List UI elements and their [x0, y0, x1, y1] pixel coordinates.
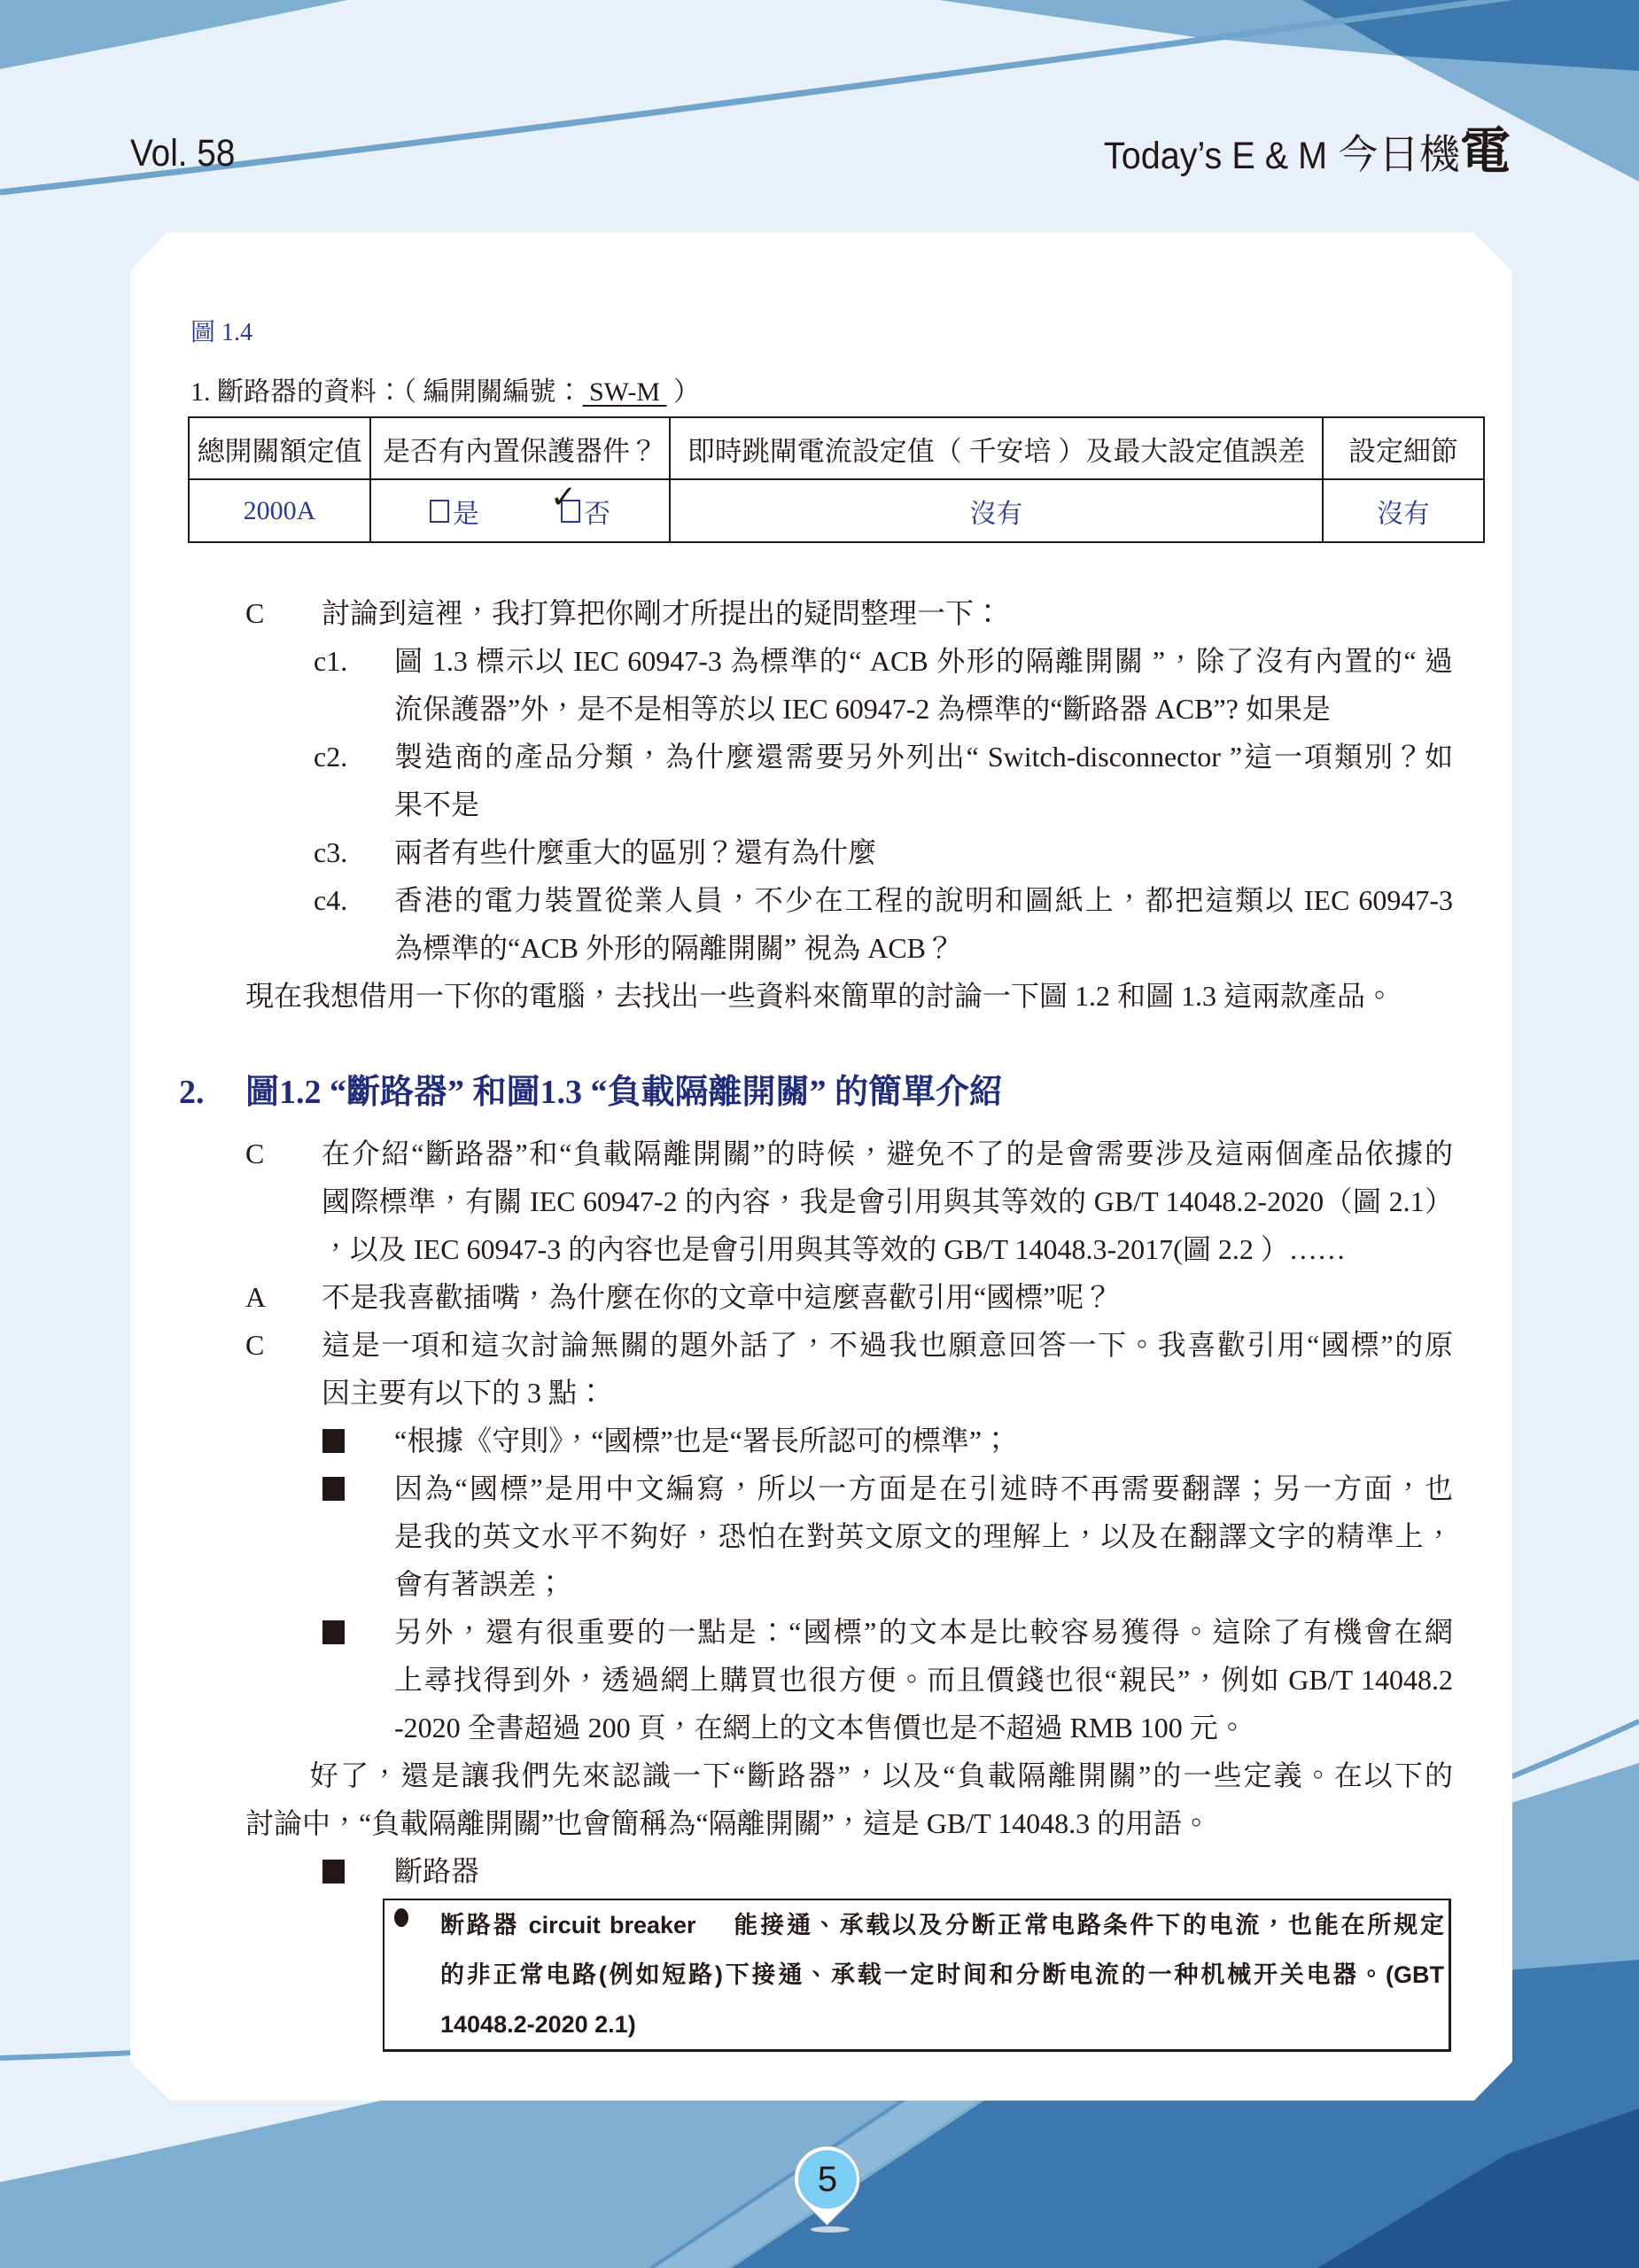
section-heading: 2. 圖1.2 “斷路器” 和圖1.3 “負載隔離開關” 的簡單介紹 [0, 1020, 1639, 1130]
question-continuation: 果不是 [0, 781, 1639, 828]
question-continuation: 流保護器”外，是不是相等於以 IEC 60947-2 為標準的“斷路器 ACB”… [0, 685, 1639, 733]
speaker-label: C [245, 589, 264, 637]
reason-text: 是我的英文水平不夠好，恐怕在對英文原文的理解上，以及在翻譯文字的精準上， [394, 1512, 1453, 1560]
reason-item: “根據《守則》，“國標”也是“署長所認可的標準”； [0, 1417, 1639, 1464]
table-row: 2000A 是 ✓ 否 沒有 沒有 [189, 479, 1484, 542]
header-rating: 總開關額定值 [189, 417, 370, 479]
speaker-label: C [245, 1321, 264, 1369]
cell-instant-trip: 沒有 [670, 479, 1323, 542]
dialogue-continuation: 因主要有以下的 3 點： [0, 1369, 1639, 1417]
top-left-band [0, 0, 347, 69]
reason-continuation: 是我的英文水平不夠好，恐怕在對英文原文的理解上，以及在翻譯文字的精準上， [0, 1512, 1639, 1560]
dialogue-line: C 在介紹“斷路器”和“負載隔離開關”的時候，避免不了的是會需要涉及這兩個產品依… [0, 1130, 1639, 1177]
question-item: c4. 香港的電力裝置從業人員，不少在工程的說明和圖紙上，都把這類以 IEC 6… [0, 876, 1639, 924]
question-label: c1. [314, 637, 347, 685]
dialogue-line: C 這是一項和這次討論無關的題外話了，不過我也願意回答一下。我喜歡引用“國標”的… [0, 1321, 1639, 1369]
switch-id: SW-M [583, 377, 667, 407]
question-text: 圖 1.3 標示以 IEC 60947-3 為標準的“ ACB 外形的隔離開關 … [394, 637, 1453, 685]
protection-options: 是 ✓ 否 [430, 492, 610, 531]
reason-text: 因為“國標”是用中文編寫，所以一方面是在引述時不再需要翻譯；另一方面，也 [394, 1464, 1453, 1512]
question-item: c2. 製造商的產品分類，為什麼還需要另外列出“ Switch-disconne… [0, 733, 1639, 781]
reason-item: 因為“國標”是用中文編寫，所以一方面是在引述時不再需要翻譯；另一方面，也 [0, 1464, 1639, 1512]
brand-chinese: 今日機 [1338, 134, 1460, 175]
brand-chinese-emphasis: 電 [1460, 127, 1511, 177]
question-text: 果不是 [394, 781, 479, 828]
option-no-label: 否 [584, 492, 610, 531]
reason-continuation: -2020 全書超過 200 頁，在網上的文本售價也是不超過 RMB 100 元… [0, 1704, 1639, 1751]
square-bullet-icon [322, 1429, 345, 1453]
square-bullet-icon [322, 1860, 345, 1884]
reason-text: 上尋找得到外，透過網上購買也很方便。而且價錢也很“親民”，例如 GB/T 140… [394, 1656, 1453, 1704]
question-text: 香港的電力裝置從業人員，不少在工程的說明和圖紙上，都把這類以 IEC 60947… [394, 876, 1453, 924]
question-item: c3. 兩者有些什麼重大的區別？還有為什麼 [0, 828, 1639, 876]
paragraph-line: 好了，還是讓我們先來認識一下“斷路器”，以及“負載隔離開關”的一些定義。在以下的 [0, 1751, 1639, 1799]
definition-line: 的非正常电路(例如短路)下接通、承载一定时间和分断电流的一种机械开关电器。(GB… [440, 1950, 1444, 2000]
question-label: c3. [314, 828, 347, 876]
reason-text: 會有著誤差； [394, 1560, 564, 1608]
form-title-prefix: 1. 斷路器的資料：（ 編開關編號： [190, 377, 583, 407]
question-text: 為標準的“ACB 外形的隔離開關” 視為 ACB？ [394, 924, 954, 972]
form-title-suffix: ） [667, 377, 701, 407]
dialogue-text: ，以及 IEC 60947-3 的內容也是會引用與其等效的 GB/T 14048… [322, 1225, 1346, 1273]
paragraph-line: 討論中，“負載隔離開關”也會簡稱為“隔離開關”，這是 GB/T 14048.3 … [0, 1799, 1639, 1847]
paragraph-text: 討論中，“負載隔離開關”也會簡稱為“隔離開關”，這是 GB/T 14048.3 … [245, 1799, 1210, 1847]
square-bullet-icon [322, 1477, 345, 1501]
paragraph-text: 現在我想借用一下你的電腦，去找出一些資料來簡單的討論一下圖 1.2 和圖 1.3… [245, 972, 1394, 1020]
option-yes: 是 [430, 492, 479, 531]
definition-line: 断路器 circuit breaker 能接通、承载以及分断正常电路条件下的电流… [440, 1900, 1444, 1950]
magazine-brand: Today’s E & M 今日機 電 [1084, 127, 1511, 177]
page-pin-shadow [811, 2226, 850, 2233]
paragraph-line: 現在我想借用一下你的電腦，去找出一些資料來簡單的討論一下圖 1.2 和圖 1.3… [0, 972, 1639, 1020]
dialogue-text: 這是一項和這次討論無關的題外話了，不過我也願意回答一下。我喜歡引用“國標”的原 [322, 1321, 1453, 1369]
reason-continuation: 會有著誤差； [0, 1560, 1639, 1608]
speaker-label: C [245, 1130, 264, 1177]
definition-heading-text: 斷路器 [394, 1847, 479, 1895]
dialogue-text: 討論到這裡，我打算把你剛才所提出的疑問整理一下： [322, 589, 1002, 637]
checkbox-unchecked-icon [430, 500, 449, 523]
definition-line: 14048.2-2020 2.1) [440, 2000, 1444, 2049]
section-number: 2. [179, 1073, 205, 1112]
dialogue-text: 在介紹“斷路器”和“負載隔離開關”的時候，避免不了的是會需要涉及這兩個產品依據的 [322, 1130, 1453, 1177]
table-header-row: 總開關額定值 是否有內置保護器件？ 即時跳閘電流設定值（ 千安培 ）及最大設定值… [189, 417, 1484, 479]
page-number: 5 [798, 2150, 857, 2209]
cell-rating: 2000A [189, 479, 370, 542]
question-label: c4. [314, 876, 347, 924]
reason-text: “根據《守則》，“國標”也是“署長所認可的標準”； [394, 1417, 1010, 1464]
dialogue-line: C 討論到這裡，我打算把你剛才所提出的疑問整理一下： [0, 589, 1639, 637]
option-yes-label: 是 [453, 492, 479, 531]
question-text: 製造商的產品分類，為什麼還需要另外列出“ Switch-disconnector… [394, 733, 1453, 781]
dialogue-text: 國際標準，有關 IEC 60947-2 的內容，我是會引用與其等效的 GB/T … [322, 1177, 1453, 1225]
dialogue-continuation: 國際標準，有關 IEC 60947-2 的內容，我是會引用與其等效的 GB/T … [0, 1177, 1639, 1225]
checkbox-checked-icon: ✓ [561, 500, 580, 523]
article-body: C 討論到這裡，我打算把你剛才所提出的疑問整理一下： c1. 圖 1.3 標示以… [0, 589, 1639, 1895]
reason-text: -2020 全書超過 200 頁，在網上的文本售價也是不超過 RMB 100 元… [394, 1704, 1247, 1751]
header-setting-details: 設定細節 [1323, 417, 1484, 479]
question-text: 兩者有些什麼重大的區別？還有為什麼 [394, 828, 876, 876]
dialogue-text: 不是我喜歡插嘴，為什麼在你的文章中這麼喜歡引用“國標”呢？ [322, 1273, 1112, 1321]
dialogue-continuation: ，以及 IEC 60947-3 的內容也是會引用與其等效的 GB/T 14048… [0, 1225, 1639, 1273]
option-no: ✓ 否 [561, 492, 610, 531]
section-title: 圖1.2 “斷路器” 和圖1.3 “負載隔離開關” 的簡單介紹 [245, 1073, 1003, 1112]
definition-heading: 斷路器 [0, 1847, 1639, 1895]
reason-continuation: 上尋找得到外，透過網上購買也很方便。而且價錢也很“親民”，例如 GB/T 140… [0, 1656, 1639, 1704]
dialogue-text: 因主要有以下的 3 點： [322, 1369, 605, 1417]
speaker-label: A [245, 1273, 266, 1321]
header-instant-trip: 即時跳閘電流設定值（ 千安培 ）及最大設定值誤差 [670, 417, 1323, 479]
definition-box: 断路器 circuit breaker 能接通、承载以及分断正常电路条件下的电流… [383, 1899, 1451, 2052]
cell-setting-details: 沒有 [1323, 479, 1484, 542]
question-text: 流保護器”外，是不是相等於以 IEC 60947-2 為標準的“斷路器 ACB”… [394, 685, 1331, 733]
reason-text: 另外，還有很重要的一點是：“國標”的文本是比較容易獲得。這除了有機會在網 [394, 1608, 1453, 1656]
form-title: 1. 斷路器的資料：（ 編開關編號： SW-M ） [190, 375, 700, 410]
question-continuation: 為標準的“ACB 外形的隔離開關” 視為 ACB？ [0, 924, 1639, 972]
breaker-data-table: 總開關額定值 是否有內置保護器件？ 即時跳閘電流設定值（ 千安培 ）及最大設定值… [188, 416, 1485, 543]
volume-label: Vol. 58 [130, 135, 235, 173]
header-built-in-protection: 是否有內置保護器件？ [370, 417, 670, 479]
paragraph-text: 好了，還是讓我們先來認識一下“斷路器”，以及“負載隔離開關”的一些定義。在以下的 [310, 1751, 1453, 1799]
round-bullet-icon [394, 1908, 408, 1927]
figure-caption: 圖 1.4 [190, 315, 252, 351]
square-bullet-icon [322, 1620, 345, 1644]
cell-built-in-protection: 是 ✓ 否 [370, 479, 670, 542]
question-item: c1. 圖 1.3 標示以 IEC 60947-3 為標準的“ ACB 外形的隔… [0, 637, 1639, 685]
reason-item: 另外，還有很重要的一點是：“國標”的文本是比較容易獲得。這除了有機會在網 [0, 1608, 1639, 1656]
checkmark-icon: ✓ [550, 482, 577, 514]
question-label: c2. [314, 733, 347, 781]
brand-english: Today’s E & M [1104, 137, 1327, 175]
dialogue-line: A 不是我喜歡插嘴，為什麼在你的文章中這麼喜歡引用“國標”呢？ [0, 1273, 1639, 1321]
